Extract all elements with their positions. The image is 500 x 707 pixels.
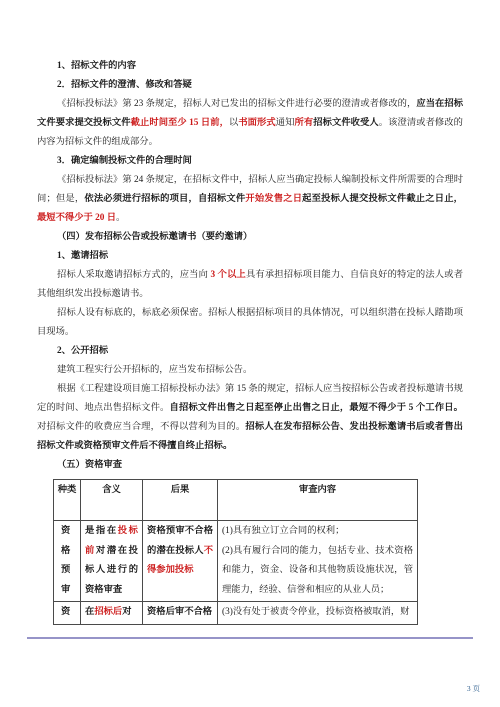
text-run: 通知 (276, 118, 295, 128)
text-run: (2)具有履行合同的能力，包括专业、技术资格和能力，资金、设备和其他物质设施状况… (222, 546, 413, 595)
text-run: 对 (122, 607, 131, 617)
text-run: 资 (61, 607, 70, 617)
text-run: 建筑工程实行公开招标的，应当发布招标公告。 (57, 365, 252, 375)
text-run: 最短不得少于 20 日 (37, 213, 116, 223)
text-run: 起至投标人提交投标文件截止之日止， (302, 194, 463, 204)
paragraph: 《招标投标法》第 24 条规定，在招标文件中，招标人应当确定投标人编制投标文件所… (37, 171, 463, 228)
text-run: 以 (229, 118, 238, 128)
table-cell: 资格后审不合格 (143, 602, 218, 625)
paragraph: 招标人设有标底的，标底必须保密。招标人根据招标项目的具体情况，可以组织潜在投标人… (37, 304, 463, 342)
paragraph: 建筑工程实行公开招标的，应当发布招标公告。 (37, 361, 463, 380)
text-run: (1)具有独立订立合同的权利； (222, 526, 344, 536)
text-run: 2．招标文件的澄清、修改和答疑 (57, 80, 192, 90)
text-run: 资格预审 (61, 526, 70, 595)
text-run: 资格后审不合格 (147, 607, 212, 617)
text-run: 1、邀请招标 (57, 251, 108, 261)
heading: 2．招标文件的澄清、修改和答疑 (37, 76, 463, 95)
text-run: 是指在 (85, 526, 118, 536)
qualification-review-table: 种类含义后果审查内容资格预审是指在投标前对潜在投标人进行的资格审查资格预审不合格… (53, 479, 418, 625)
text-run: 招标人设有标底的，标底必须保密。招标人根据招标项目的具体情况，可以组织潜在投标人… (37, 308, 463, 337)
text-run: 书面形式 (238, 118, 275, 128)
table-cell: (1)具有独立订立合同的权利；(2)具有履行合同的能力，包括专业、技术资格和能力… (218, 521, 418, 602)
text-run: 依法必须进行招标的项目，自招标文件 (84, 194, 245, 204)
table-row: 资在招标后对资格后审不合格(3)没有处于被责令停业，投标资格被取消，财 (54, 602, 418, 625)
heading: 2、公开招标 (37, 342, 463, 361)
text-run: 3 个以上 (211, 270, 246, 280)
text-run: 对招标文件的收费应当合理，不得以营利为目的。 (37, 422, 245, 432)
text-run: (3)没有处于被责令停业，投标资格被取消，财 (222, 607, 409, 617)
page-number: 3 页 (467, 683, 480, 694)
table-cell: (3)没有处于被责令停业，投标资格被取消，财 (218, 602, 418, 625)
table-header-row: 种类含义后果审查内容 (54, 480, 418, 521)
heading: （五）资格审查 (37, 456, 463, 475)
text-run: 《招标投标法》第 23 条规定，招标人对已发出的招标文件进行必要的澄清或者修改的… (57, 99, 416, 109)
table-cell: 资格预审 (54, 521, 81, 602)
footer-divider (27, 637, 473, 639)
heading: 3．确定编制投标文件的合理时间 (37, 152, 463, 171)
paragraph: 根据《工程建设项目施工招标投标办法》第 15 条的规定，招标人应当按招标公告或者… (37, 380, 463, 456)
table-header-cell: 含义 (81, 480, 143, 521)
table-row: 资格预审是指在投标前对潜在投标人进行的资格审查资格预审不合格的潜在投标人不得参加… (54, 521, 418, 602)
document-page: 1、招标文件的内容2．招标文件的澄清、修改和答疑《招标投标法》第 23 条规定，… (0, 0, 500, 707)
text-run: 开始发售之日 (245, 194, 302, 204)
text-run: 。 (116, 213, 125, 223)
text-run: （四）发布招标公告或投标邀请书（要约邀请） (57, 232, 252, 242)
text-run: 截止时间至少 15 日前， (131, 118, 229, 128)
heading: 1、招标文件的内容 (37, 57, 463, 76)
text-run: 招标人采取邀请招标方式的，应当向 (57, 270, 211, 280)
table-header-cell: 后果 (143, 480, 218, 521)
document-body: 1、招标文件的内容2．招标文件的澄清、修改和答疑《招标投标法》第 23 条规定，… (37, 57, 463, 625)
heading: （四）发布招标公告或投标邀请书（要约邀请） (37, 228, 463, 247)
paragraph: 《招标投标法》第 23 条规定，招标人对已发出的招标文件进行必要的澄清或者修改的… (37, 95, 463, 152)
heading: 1、邀请招标 (37, 247, 463, 266)
paragraph: 招标人采取邀请招标方式的，应当向 3 个以上具有承担招标项目能力、自信良好的特定… (37, 266, 463, 304)
table-header-cell: 种类 (54, 480, 81, 521)
text-run: 招标后 (94, 607, 122, 617)
text-run: 1、招标文件的内容 (57, 61, 136, 71)
text-run: 所有 (295, 118, 314, 128)
table-cell: 资 (54, 602, 81, 625)
table-cell: 在招标后对 (81, 602, 143, 625)
text-run: 招标文件收受人 (313, 118, 379, 128)
text-run: 在 (85, 607, 94, 617)
table-cell: 资格预审不合格的潜在投标人不得参加投标 (143, 521, 218, 602)
text-run: 自招标文件出售之日起至停止出售之日止，最短不得少于 5 个工作日。 (170, 403, 463, 413)
table-cell: 是指在投标前对潜在投标人进行的资格审查 (81, 521, 143, 602)
text-run: 3．确定编制投标文件的合理时间 (57, 156, 192, 166)
text-run: （五）资格审查 (57, 460, 122, 470)
text-run: 2、公开招标 (57, 346, 108, 356)
table-header-cell: 审查内容 (218, 480, 418, 521)
